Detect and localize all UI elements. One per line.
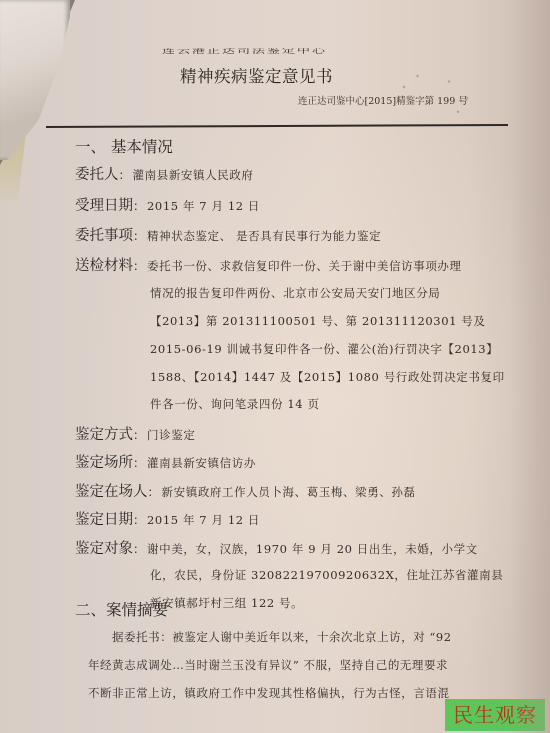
colon: ： (148, 483, 160, 500)
document-title: 精神疾病鉴定意见书 (180, 63, 333, 87)
field-method: 鉴定方式： 门诊鉴定 (75, 423, 195, 444)
subject-line: 新安镇郝圩村三组 122 号。 (150, 595, 303, 611)
field-value: 灌南县新安镇人民政府 (133, 167, 254, 183)
materials-line: 2015-06-19 训诫书复印件各一份、灌公(治)行罚决字【2013】 (150, 341, 498, 357)
paper-curl (0, 0, 70, 160)
field-client: 委托人： 灌南县新安镇人民政府 (75, 163, 254, 184)
colon: ： (133, 426, 145, 443)
field-materials: 送检材料： 委托书一份、求救信复印件一份、关于谢中美信访事项办理 (75, 254, 462, 275)
materials-line: 【2013】第 201311100501 号、第 201311120301 号及 (150, 313, 486, 329)
field-label: 送检材料 (75, 254, 133, 275)
field-label: 鉴定对象 (75, 537, 133, 558)
materials-line: 情况的报告复印件两份、北京市公安局天安门地区分局 (150, 285, 440, 301)
header-rule (46, 124, 508, 128)
field-label: 鉴定场所 (75, 451, 133, 472)
section-heading-case-summary: 二、案情摘要 (75, 598, 168, 620)
colon: ： (133, 227, 145, 244)
field-value: 新安镇政府工作人员卜海、葛玉梅、梁勇、孙磊 (162, 484, 416, 500)
document-page: 连云港正达司法鉴定中心 精神疾病鉴定意见书 连正达司鉴中心[2015]精鉴字第 … (0, 0, 550, 733)
field-matter: 委托事项： 精神状态鉴定、 是否具有民事行为能力鉴定 (75, 224, 381, 245)
field-label: 委托人 (75, 163, 119, 184)
field-value: 门诊鉴定 (147, 427, 195, 443)
field-subject: 鉴定对象： 谢中美，女，汉族，1970 年 9 月 20 日出生，未婚，小学文 (75, 537, 478, 558)
colon: ： (133, 257, 145, 274)
paragraph-line: 据委托书：被鉴定人谢中美近年以来，十余次北京上访，对 “92 (112, 629, 452, 645)
field-value: 精神状态鉴定、 是否具有民事行为能力鉴定 (147, 228, 381, 244)
paragraph-line: 不断非正常上访，镇政府工作中发现其性格偏执，行为古怪，言语混 (88, 685, 450, 701)
materials-line: 1588、【2014】1447 及【2015】1080 号行政处罚决定书复印 (150, 369, 505, 385)
field-location: 鉴定场所： 灌南县新安镇信访办 (75, 451, 256, 472)
colon: ： (133, 197, 145, 214)
field-value-line: 委托书一份、求救信复印件一份、关于谢中美信访事项办理 (147, 258, 462, 274)
subject-line: 化，农民，身份证 32082219700920632X，住址江苏省灌南县 (150, 567, 503, 583)
field-value: 2015 年 7 月 12 日 (147, 512, 260, 528)
field-label: 鉴定在场人 (75, 480, 148, 501)
field-present: 鉴定在场人： 新安镇政府工作人员卜海、葛玉梅、梁勇、孙磊 (75, 480, 416, 501)
document-number: 连正达司鉴中心[2015]精鉴字第 199 号 (298, 93, 468, 107)
section-heading-basic-info: 一、 基本情况 (75, 135, 173, 157)
paragraph-line: 年经黄志成调处…当时谢兰玉没有异议” 不服，坚持自己的无理要求 (88, 657, 448, 673)
watermark-badge: 民生观察 (445, 699, 545, 731)
field-label: 鉴定日期 (75, 508, 133, 529)
colon: ： (133, 454, 145, 471)
field-exam-date: 鉴定日期： 2015 年 7 月 12 日 (75, 508, 260, 529)
field-value: 灌南县新安镇信访办 (147, 455, 256, 471)
field-label: 受理日期 (75, 194, 133, 215)
field-label: 鉴定方式 (75, 423, 133, 444)
field-label: 委托事项 (75, 224, 133, 245)
field-accept-date: 受理日期： 2015 年 7 月 12 日 (75, 194, 260, 215)
org-header: 连云港正达司法鉴定中心 (162, 45, 327, 55)
colon: ： (133, 540, 145, 557)
colon: ： (133, 511, 145, 528)
materials-line: 件各一份、询问笔录四份 14 页 (150, 396, 320, 412)
colon: ： (119, 166, 131, 183)
field-value: 2015 年 7 月 12 日 (147, 198, 260, 214)
field-value-line: 谢中美，女，汉族，1970 年 9 月 20 日出生，未婚，小学文 (147, 541, 478, 557)
